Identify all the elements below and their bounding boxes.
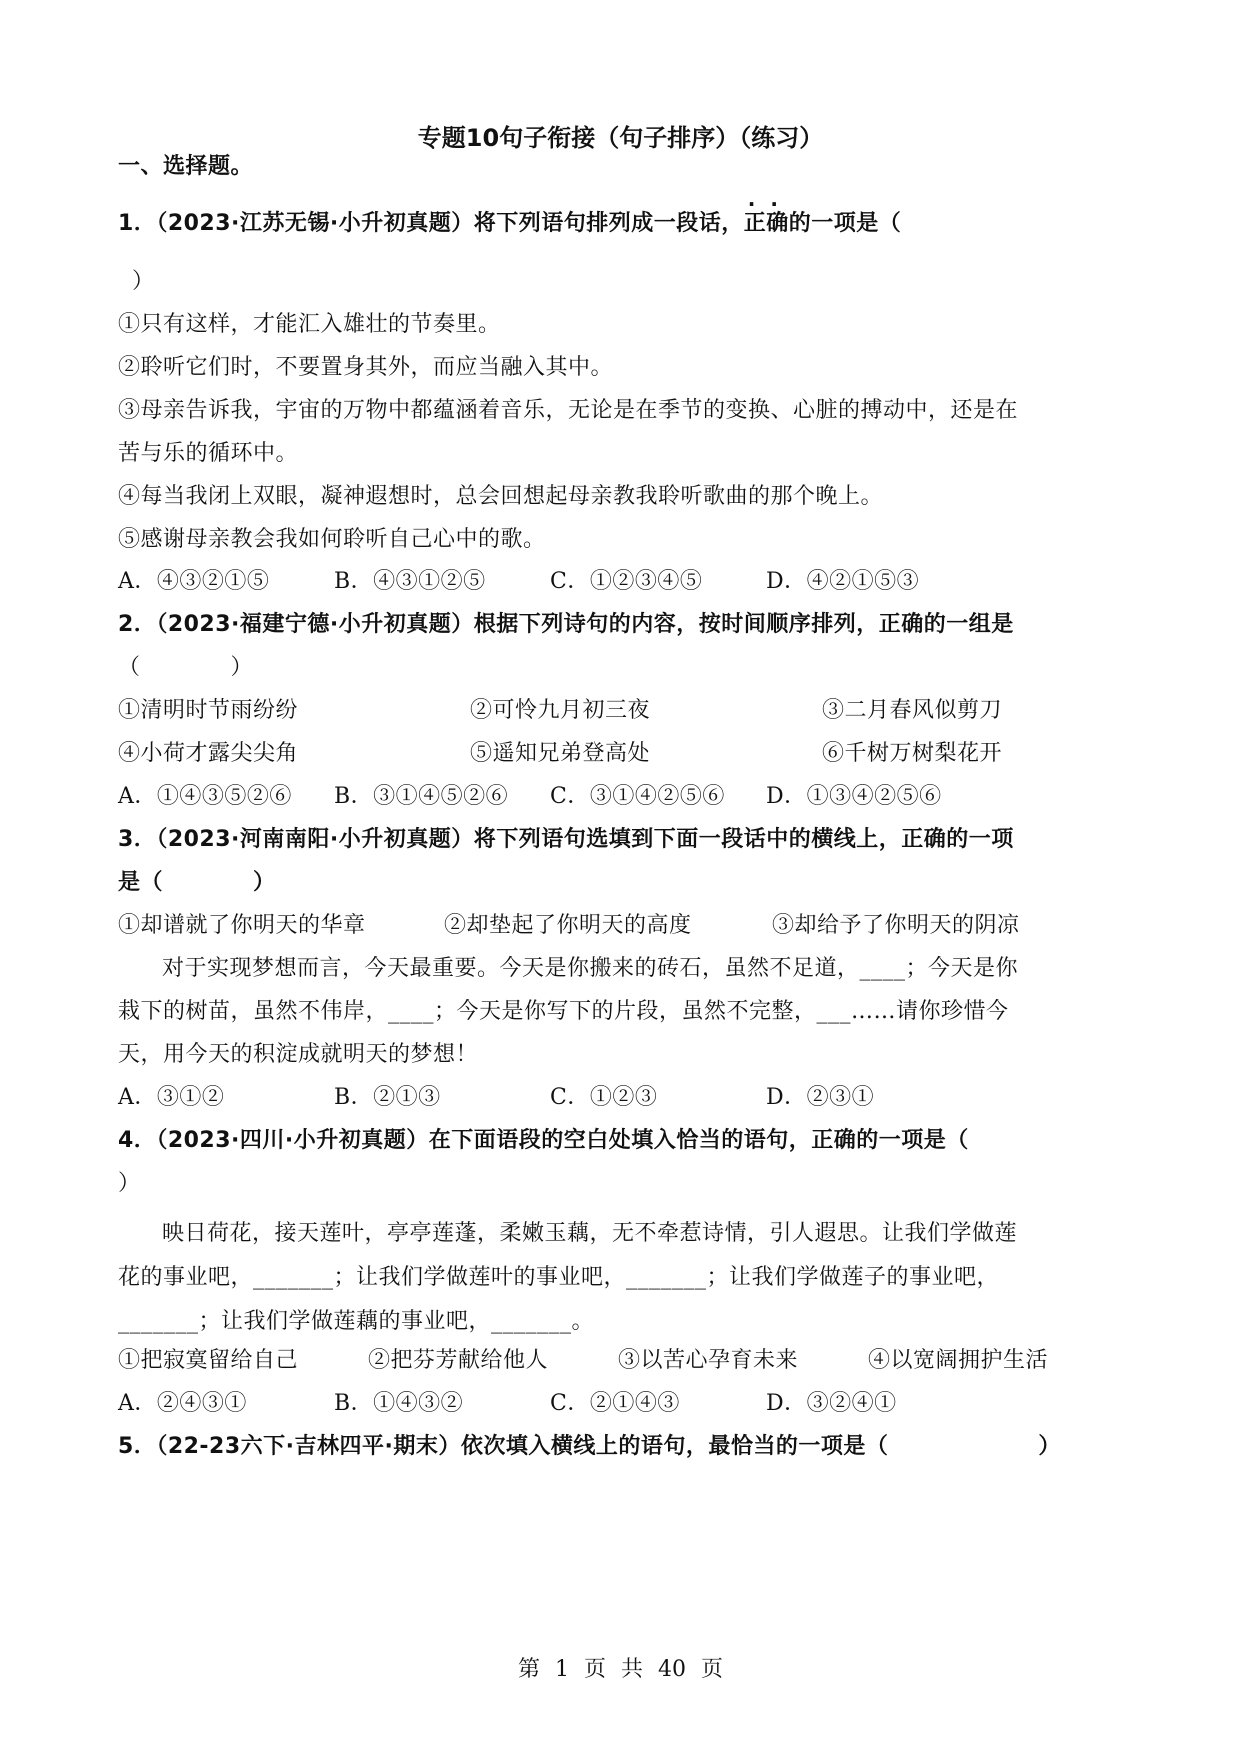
list-item: ①把寂寞留给自己 (118, 1346, 368, 1376)
question-2-stem: 2．（2023·福建宁德·小升初真题）根据下列诗句的内容，按时间顺序排列，正确的… (118, 610, 1123, 640)
list-item: ②聆听它们时，不要置身其外，而应当融入其中。 (118, 353, 1123, 383)
page-number: 第 1 页 共 40 页 (0, 1652, 1241, 1683)
list-item: ⑤感谢母亲教会我如何聆听自己心中的歌。 (118, 525, 1123, 555)
option-a[interactable]: A．④③②①⑤ (118, 567, 334, 597)
list-item: ①清明时节雨纷纷 (118, 696, 470, 726)
answer-options: A．③①② B．②①③ C．①②③ D．②③① (118, 1083, 1123, 1113)
question-number: 3． (118, 827, 156, 852)
list-item: ④以宽阔拥护生活 (868, 1346, 1048, 1376)
list-item: ⑤遥知兄弟登高处 (470, 739, 822, 769)
passage-line: 映日荷花，接天莲叶，亭亭莲蓬，柔嫩玉藕，无不牵惹诗情，引人遐思。让我们学做莲 (118, 1219, 1123, 1249)
answer-blank: ） (1038, 1434, 1061, 1459)
option-c[interactable]: C．③①④②⑤⑥ (550, 782, 766, 812)
list-item: 苦与乐的循环中。 (118, 439, 1123, 469)
page-title: 专题10句子衔接（句子排序）（练习） (0, 118, 1241, 153)
option-d[interactable]: D．④②①⑤③ (766, 567, 919, 597)
passage-line: 天，用今天的积淀成就明天的梦想！ (118, 1040, 1123, 1070)
option-a[interactable]: A．③①② (118, 1083, 334, 1113)
list-item: ③以苦心孕育未来 (618, 1346, 868, 1376)
passage-line: 花的事业吧，_______；让我们学做莲叶的事业吧，_______；让我们学做莲… (118, 1263, 1123, 1293)
list-item: ②把芬芳献给他人 (368, 1346, 618, 1376)
passage-line: 对于实现梦想而言，今天最重要。今天是你搬来的砖石，虽然不足道，____；今天是你 (118, 954, 1123, 984)
answer-blank: ） (118, 267, 1123, 297)
section-heading: 一、选择题。 (118, 152, 1123, 182)
answer-blank: （ ） (118, 653, 1123, 683)
list-item: ①却谱就了你明天的华章 (118, 911, 444, 941)
option-c[interactable]: C．①②③ (550, 1083, 766, 1113)
option-d[interactable]: D．①③④②⑤⑥ (766, 782, 942, 812)
option-c[interactable]: C．②①④③ (550, 1389, 766, 1419)
list-item: ④每当我闭上双眼，凝神遐想时，总会回想起母亲教我聆听歌曲的那个晚上。 (118, 482, 1123, 512)
question-4-stem: 4．（2023·四川·小升初真题）在下面语段的空白处填入恰当的语句，正确的一项是… (118, 1126, 1123, 1156)
list-item: ②可怜九月初三夜 (470, 696, 822, 726)
question-source: （2023·江苏无锡·小升初真题）将下列语句排列成一段话， (156, 211, 743, 236)
answer-blank: 是（ ） (118, 868, 1123, 898)
document-page: 专题10句子衔接（句子排序）（练习） 一、选择题。 1．（2023·江苏无锡·小… (0, 0, 1241, 1754)
answer-options: A．④③②①⑤ B．④③①②⑤ C．①②③④⑤ D．④②①⑤③ (118, 567, 1123, 597)
items-row: ①却谱就了你明天的华章 ②却垫起了你明天的高度 ③却给予了你明天的阴凉 (118, 911, 1123, 941)
option-b[interactable]: B．①④③② (334, 1389, 550, 1419)
answer-blank: ） (118, 1169, 1123, 1199)
items-row: ①把寂寞留给自己 ②把芬芳献给他人 ③以苦心孕育未来 ④以宽阔拥护生活 (118, 1346, 1123, 1376)
option-d[interactable]: D．②③① (766, 1083, 874, 1113)
option-b[interactable]: B．④③①②⑤ (334, 567, 550, 597)
items-row: ④小荷才露尖尖角 ⑤遥知兄弟登高处 ⑥千树万树梨花开 (118, 739, 1123, 769)
list-item: ③二月春风似剪刀 (822, 696, 1002, 726)
question-5-stem: 5．（22-23六下·吉林四平·期末）依次填入横线上的语句，最恰当的一项是（） (118, 1432, 1123, 1462)
items-row: ①清明时节雨纷纷 ②可怜九月初三夜 ③二月春风似剪刀 (118, 696, 1123, 726)
option-d[interactable]: D．③②④① (766, 1389, 897, 1419)
answer-options: A．①④③⑤②⑥ B．③①④⑤②⑥ C．③①④②⑤⑥ D．①③④②⑤⑥ (118, 782, 1123, 812)
passage-line: _______；让我们学做莲藕的事业吧，_______。 (118, 1307, 1123, 1337)
question-number: 4． (118, 1128, 156, 1153)
emphasis-dots: 正确 (744, 209, 789, 239)
question-number: 2． (118, 612, 156, 637)
list-item: ②却垫起了你明天的高度 (444, 911, 772, 941)
answer-options: A．②④③① B．①④③② C．②①④③ D．③②④① (118, 1389, 1123, 1419)
list-item: ⑥千树万树梨花开 (822, 739, 1002, 769)
list-item: ①只有这样，才能汇入雄壮的节奏里。 (118, 310, 1123, 340)
question-1-stem: 1．（2023·江苏无锡·小升初真题）将下列语句排列成一段话，正确的一项是（ (118, 209, 1123, 239)
question-number: 1． (118, 211, 156, 236)
question-number: 5． (118, 1434, 156, 1459)
option-c[interactable]: C．①②③④⑤ (550, 567, 766, 597)
option-b[interactable]: B．③①④⑤②⑥ (334, 782, 550, 812)
list-item: ③却给予了你明天的阴凉 (772, 911, 1020, 941)
option-b[interactable]: B．②①③ (334, 1083, 550, 1113)
option-a[interactable]: A．②④③① (118, 1389, 334, 1419)
option-a[interactable]: A．①④③⑤②⑥ (118, 782, 334, 812)
list-item: ④小荷才露尖尖角 (118, 739, 470, 769)
question-3-stem: 3．（2023·河南南阳·小升初真题）将下列语句选填到下面一段话中的横线上，正确… (118, 825, 1123, 855)
passage-line: 栽下的树苗，虽然不伟岸，____；今天是你写下的片段，虽然不完整，___……请你… (118, 997, 1123, 1027)
list-item: ③母亲告诉我，宇宙的万物中都蕴涵着音乐，无论是在季节的变换、心脏的搏动中，还是在 (118, 396, 1123, 426)
